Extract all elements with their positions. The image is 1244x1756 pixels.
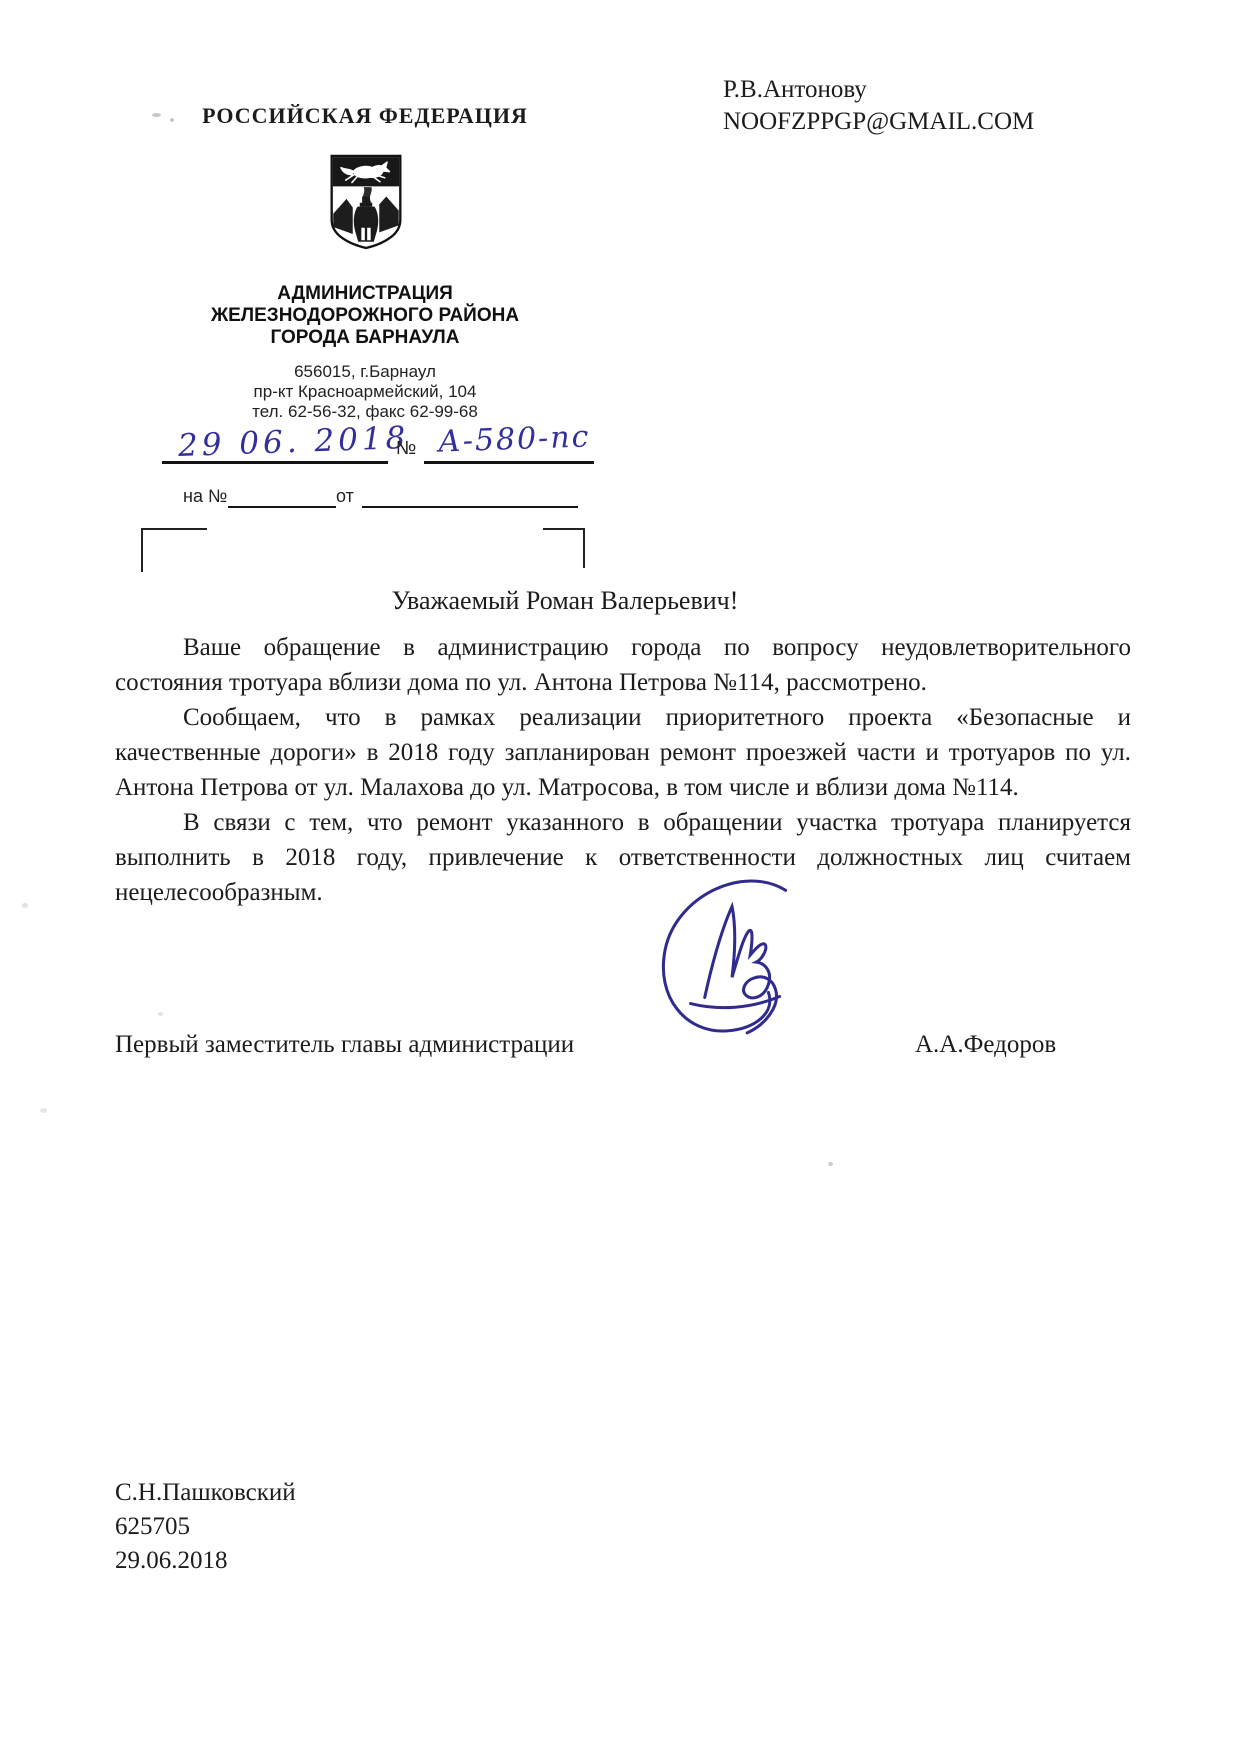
scan-speck — [152, 113, 161, 117]
scan-speck — [828, 1162, 833, 1166]
org-line-3: ГОРОДА БАРНАУЛА — [150, 327, 580, 349]
in-reply-to-number-blank — [228, 506, 336, 508]
address-line-3: тел. 62-56-32, факс 62-99-68 — [150, 402, 580, 422]
executor-date: 29.06.2018 — [115, 1544, 296, 1578]
recipient-email: NOOFZPPGP@GMAIL.COM — [723, 106, 1034, 138]
body-paragraph-3: В связи с тем, что ремонт указанного в о… — [115, 805, 1131, 910]
handwritten-date: 29 06. 2018 — [177, 420, 409, 464]
salutation: Уважаемый Роман Валерьевич! — [115, 586, 1015, 616]
signer-name: А.А.Федоров — [915, 1031, 1056, 1059]
executor-block: С.Н.Пашковский 625705 29.06.2018 — [115, 1476, 296, 1578]
country-title: РОССИЙСКАЯ ФЕДЕРАЦИЯ — [150, 103, 580, 129]
from-date-label: от — [336, 486, 354, 507]
scan-speck — [170, 118, 174, 122]
scanned-letter-page: Р.В.Антонову NOOFZPPGP@GMAIL.COM РОССИЙС… — [0, 0, 1244, 1756]
signer-position-title: Первый заместитель главы администрации — [115, 1031, 574, 1059]
organization-name: АДМИНИСТРАЦИЯ ЖЕЛЕЗНОДОРОЖНОГО РАЙОНА ГО… — [150, 283, 580, 349]
address-line-1: 656015, г.Барнаул — [150, 362, 580, 382]
address-line-2: пр-кт Красноармейский, 104 — [150, 382, 580, 402]
in-reply-to-label: на № — [183, 486, 227, 507]
handwritten-outgoing-number: А-580-пс — [437, 419, 591, 459]
executor-phone: 625705 — [115, 1510, 296, 1544]
executor-name: С.Н.Пашковский — [115, 1476, 296, 1510]
org-line-1: АДМИНИСТРАЦИЯ — [150, 283, 580, 305]
handwritten-signature — [638, 868, 820, 1040]
body-paragraph-2: Сообщаем, что в рамках реализации приори… — [115, 700, 1131, 805]
scan-speck — [158, 1012, 163, 1016]
scan-speck — [22, 903, 28, 908]
body-paragraph-1: Ваше обращение в администрацию города по… — [115, 630, 1131, 700]
org-line-2: ЖЕЛЕЗНОДОРОЖНОГО РАЙОНА — [150, 305, 580, 327]
date-underline — [162, 461, 388, 464]
number-underline — [424, 461, 594, 464]
from-date-blank — [362, 506, 578, 508]
letter-body: Ваше обращение в администрацию города по… — [115, 630, 1131, 910]
barnaul-coat-of-arms-icon — [327, 150, 405, 254]
recipient-block: Р.В.Антонову NOOFZPPGP@GMAIL.COM — [723, 74, 1034, 138]
organization-address: 656015, г.Барнаул пр-кт Красноармейский,… — [150, 362, 580, 422]
addressee-corner-mark-right — [543, 528, 585, 568]
recipient-name: Р.В.Антонову — [723, 74, 1034, 106]
addressee-corner-mark-left — [141, 528, 207, 572]
number-sign-label: № — [396, 438, 416, 460]
scan-speck — [40, 1108, 47, 1113]
